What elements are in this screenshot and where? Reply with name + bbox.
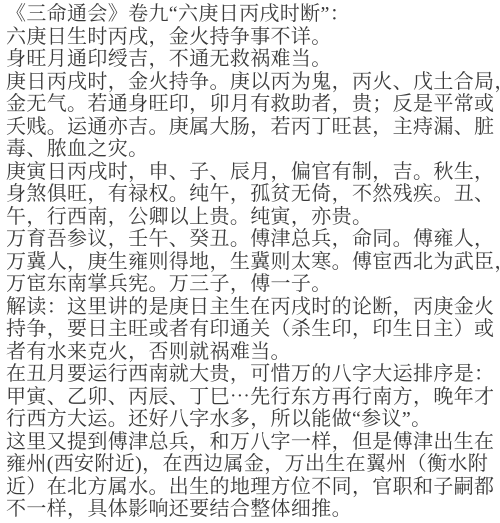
paragraph-verse-1: 六庚日生时丙戌，金火持争事不详。	[6, 26, 500, 49]
text-line: 甲寅、乙卯、丙辰、丁巳⋯先行东方再行南方，晚年才	[6, 386, 500, 409]
paragraph-source-title: 《三命通会》卷九“六庚日丙戌时断”：	[6, 3, 500, 26]
text-line: 金无气。若通身旺印，卯月有救助者，贵；反是平常或	[6, 93, 500, 116]
document-page: 《三命通会》卷九“六庚日丙戌时断”： 六庚日生时丙戌，金火持争事不详。 身旺月通…	[0, 0, 500, 523]
text-line: 万育吾参议，壬午、癸丑。傅津总兵，命同。傅雍人，	[6, 228, 500, 251]
paragraph-interpretation-luck-cycle: 在丑月要运行西南就大贵，可惜万的八字大运排序是： 甲寅、乙卯、丙辰、丁巳⋯先行东…	[6, 363, 500, 431]
paragraph-commentary-general: 庚日丙戌时，金火持争。庚以丙为鬼，丙火、戊土合局， 金无气。若通身旺印，卯月有救…	[6, 71, 500, 161]
document-title: 《三命通会》卷九“六庚日丙戌时断”：	[6, 3, 500, 26]
text-line: 行西方大运。还好八字水多，所以能做“参议”。	[6, 408, 500, 431]
paragraph-commentary-gengyin-day: 庚寅日丙戌时，申、子、辰月，偏官有制，吉。秋生， 身煞俱旺，有禄权。纯午，孤贫无…	[6, 161, 500, 229]
paragraph-example-cases: 万育吾参议，壬午、癸丑。傅津总兵，命同。傅雍人， 万冀人，庚生雍则得地，生冀则太…	[6, 228, 500, 296]
paragraph-interpretation-intro: 解读：这里讲的是庚日主生在丙戌时的论断，丙庚金火 持争，要日主旺或者有印通关（杀…	[6, 296, 500, 364]
text-line: 庚日丙戌时，金火持争。庚以丙为鬼，丙火、戊土合局，	[6, 71, 500, 94]
text-line: 在丑月要运行西南就大贵，可惜万的八字大运排序是：	[6, 363, 500, 386]
text-line: 庚寅日丙戌时，申、子、辰月，偏官有制，吉。秋生，	[6, 161, 500, 184]
text-line: 近）在北方属水。出生的地理方位不同，官职和子嗣都	[6, 476, 500, 499]
text-line: 雍州(西安附近)，在西边属金，万出生在翼州（衡水附	[6, 453, 500, 476]
text-line: 毒、脓血之灾。	[6, 138, 500, 161]
text-line: 万宦东南掌兵宪。万三子，傅一子。	[6, 273, 500, 296]
paragraph-interpretation-geography: 这里又提到傅津总兵，和万八字一样，但是傅津出生在 雍州(西安附近)，在西边属金，…	[6, 431, 500, 521]
text-line: 持争，要日主旺或者有印通关（杀生印，印生日主）或	[6, 318, 500, 341]
text-line: 身煞俱旺，有禄权。纯午，孤贫无倚，不然残疾。丑、	[6, 183, 500, 206]
text-line: 午，行西南，公卿以上贵。纯寅，亦贵。	[6, 206, 500, 229]
text-line: 解读：这里讲的是庚日主生在丙戌时的论断，丙庚金火	[6, 296, 500, 319]
text-line: 这里又提到傅津总兵，和万八字一样，但是傅津出生在	[6, 431, 500, 454]
text-line: 夭贱。运通亦吉。庚属大肠，若丙丁旺甚，主痔漏、脏	[6, 116, 500, 139]
verse-line: 六庚日生时丙戌，金火持争事不详。	[6, 26, 500, 49]
text-line: 万冀人，庚生雍则得地，生冀则太寒。傅宦西北为武臣，	[6, 251, 500, 274]
text-line: 不一样，具体影响还要结合整体细推。	[6, 498, 500, 521]
text-line: 者有水来克火，否则就祸难当。	[6, 341, 500, 364]
verse-line: 身旺月通印绶吉，不通无救祸难当。	[6, 48, 500, 71]
paragraph-verse-2: 身旺月通印绶吉，不通无救祸难当。	[6, 48, 500, 71]
